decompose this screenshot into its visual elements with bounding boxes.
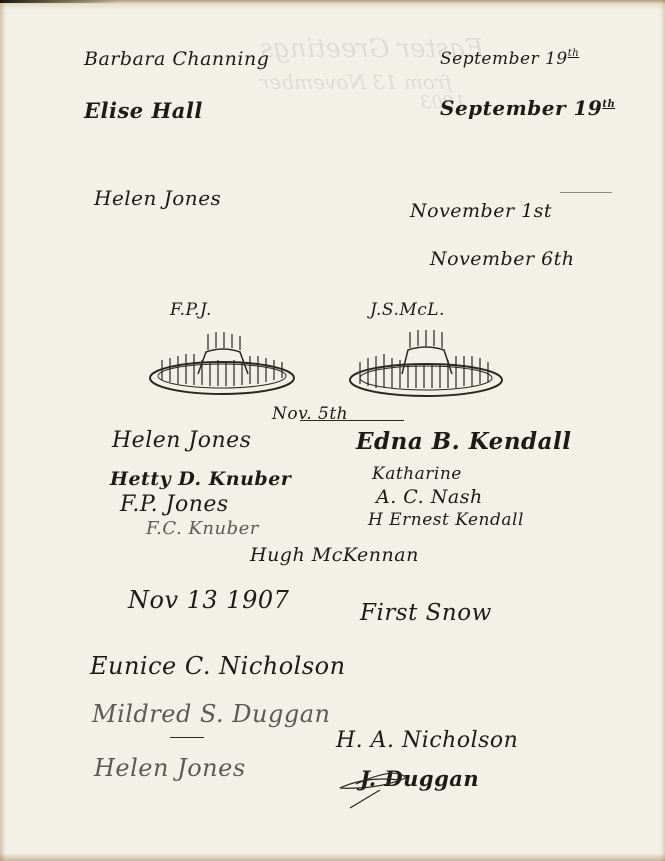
cake-drawing-icon (148, 330, 298, 400)
date-text: September 19 (440, 96, 602, 120)
guestbook-page: Easter Greetings from 13 November 1903 B… (0, 0, 665, 861)
signature: F.P. Jones (120, 492, 229, 517)
signature: Helen Jones (112, 428, 251, 453)
signature-helen-jones: Helen Jones (94, 186, 221, 210)
signature: H. A. Nicholson (336, 728, 518, 753)
signature-flourish-icon (336, 770, 456, 810)
group-date: Nov 13 1907 (128, 586, 289, 614)
date-text: September 19 (440, 49, 568, 69)
cake-drawing-icon (348, 330, 508, 400)
signature: Mildred S. Duggan (92, 700, 331, 728)
entry-date: November 1st (410, 200, 552, 222)
group-note: First Snow (360, 600, 492, 626)
bleed-through-text: from 13 November (260, 70, 452, 94)
date-suffix: th (568, 48, 579, 59)
ink-underline (170, 737, 204, 738)
entry-date: November 6th (430, 248, 575, 270)
signature: A. C. Nash (376, 486, 483, 508)
group-date: Nov. 5th (272, 404, 348, 424)
cake-initials: J.S.McL. (370, 300, 445, 320)
entry-date: September 19th (440, 48, 579, 69)
signature: Katharine (372, 464, 462, 484)
signature: Helen Jones (94, 754, 246, 782)
entry-date: September 19th (440, 96, 615, 120)
binding-shadow (0, 0, 120, 3)
date-suffix: th (602, 99, 615, 110)
signature-barbara-channing: Barbara Channing (84, 48, 269, 70)
signature: Hetty D. Knuber (110, 468, 291, 490)
signature-elise-hall: Elise Hall (84, 98, 203, 123)
signature: H Ernest Kendall (368, 510, 524, 530)
signature: Eunice C. Nicholson (90, 652, 346, 680)
ink-underline (300, 420, 404, 421)
signature: F.C. Knuber (146, 518, 259, 539)
signature: Edna B. Kendall (356, 428, 572, 455)
cake-initials: F.P.J. (170, 300, 212, 320)
signature: Hugh McKennan (250, 544, 419, 566)
ink-underline (560, 192, 612, 193)
